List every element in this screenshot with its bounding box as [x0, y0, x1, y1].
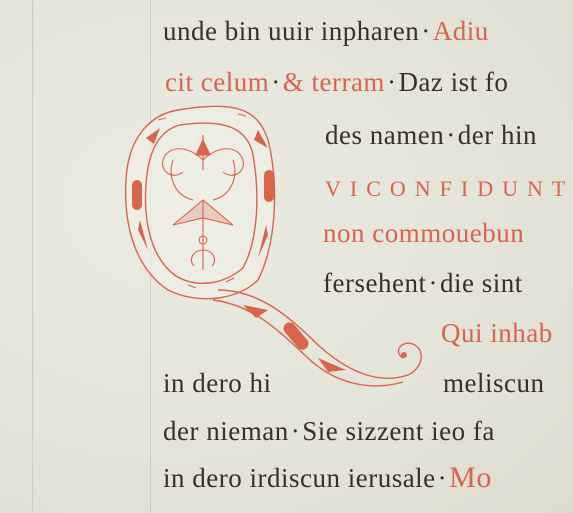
line-text: der nieman [163, 416, 289, 446]
text-line-1: unde bin uuir inpharen·Adiu [163, 18, 489, 45]
rubric-text: Mo [449, 461, 492, 494]
outer-ruling [32, 0, 33, 513]
line-text: der hin [458, 120, 537, 150]
text-line-7: Qui inhab [441, 320, 553, 347]
line-text: meliscun [443, 368, 544, 398]
punctus: · [271, 67, 281, 97]
decorated-initial-q-icon [118, 100, 438, 400]
line-text: die sint [440, 268, 523, 298]
line-text: Sie sizzent ieo fa [302, 416, 495, 446]
rubric-text: Qui inhab [441, 318, 553, 348]
punctus: · [446, 120, 456, 150]
text-line-8b: meliscun [443, 370, 544, 397]
rubric-text: cit celum [165, 67, 269, 97]
punctus: · [291, 416, 301, 446]
text-line-2: cit celum·& terram·Daz ist fo [165, 69, 508, 96]
line-text: Daz ist fo [398, 67, 508, 97]
text-line-9: der nieman·Sie sizzent ieo fa [163, 418, 495, 445]
rubric-text: Adiu [433, 16, 489, 46]
punctus: · [421, 16, 431, 46]
punctus: · [438, 463, 448, 493]
line-text: in dero irdiscun ierusale [163, 463, 436, 493]
punctus: · [387, 67, 397, 97]
text-line-10: in dero irdiscun ierusale·Mo [163, 463, 492, 493]
rubric-text: & terram [283, 67, 385, 97]
line-text: unde bin uuir inpharen [163, 16, 419, 46]
